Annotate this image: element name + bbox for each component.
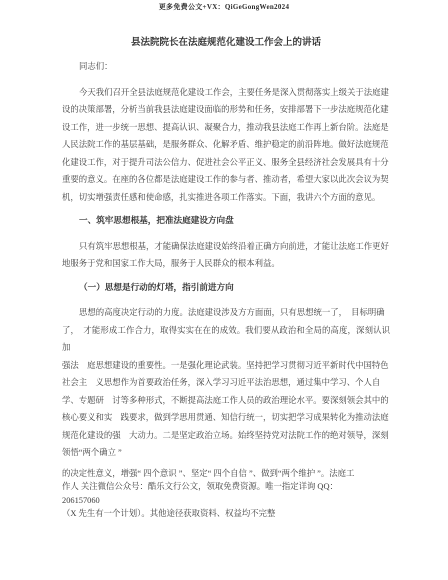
body-line: 学、专题研 讨等多种形式，不断提高法庭工作人员的政治理论水平。要深刻领会其中的: [62, 392, 390, 410]
body-line: 只有筑牢思想根基，才能确保法庭建设始终沿着正确方向前进，才能让法庭工作更好: [62, 238, 390, 256]
body-line: 领悟“两个确立 ”: [62, 444, 390, 462]
body-line: 机，切实增强责任感和使命感，扎实推进各项工作落实。下面，我讲六个方面的意见。: [62, 189, 390, 207]
body-line: 重要的意义。在座的各位都是法庭建设工作的参与者、推动者，希望大家以此次会议为契: [62, 171, 390, 189]
body-line: 地服务于党和国家工作大局，服务于人民群众的根本利益。: [62, 255, 390, 273]
watermark-header: 更多免费公文+VX：QiGeGongWen2024: [0, 2, 448, 12]
paragraph-1: 今天我们召开全县法庭规范化建设工作会，主要任务是深入贯彻落实上级关于法庭建 设的…: [62, 84, 390, 207]
body-line: 社会主 义思想作为首要政治任务，深入学习习近平法治思想，通过集中学习、个人自: [62, 374, 390, 392]
body-line: 化建设工作，对于提升司法公信力、促进社会公平正义、服务全县经济社会发展具有十分: [62, 154, 390, 172]
body-line: 思想的高度决定行动的力度。法庭建设涉及方方面面，只有思想统一了， 目标明确: [62, 304, 390, 322]
section-heading-1: 一、筑牢思想根基，把准法庭建设方向盘: [62, 212, 390, 230]
body-line: 今天我们召开全县法庭规范化建设工作会，主要任务是深入贯彻落实上级关于法庭建: [62, 84, 390, 102]
document-page: 更多免费公文+VX：QiGeGongWen2024 县法院院长在法庭规范化建设工…: [0, 0, 448, 580]
body-line: 强法 庭思想建设的重要性。一是强化理论武装。坚持把学习贯彻习近平新时代中国特色: [62, 357, 390, 375]
salutation: 同志们：: [62, 58, 390, 76]
paragraph-2: 只有筑牢思想根基，才能确保法庭建设始终沿着正确方向前进，才能让法庭工作更好 地服…: [62, 238, 390, 273]
ad-note-line: （X 先生有一个计划）。其他途径获取资料、权益均不完整: [62, 507, 390, 521]
body-line: 人民法院工作的基层基础，是服务群众、化解矛盾、维护稳定的前沿阵地。做好法庭规范: [62, 136, 390, 154]
paragraph-3: 思想的高度决定行动的力度。法庭建设涉及方方面面，只有思想统一了， 目标明确 了，…: [62, 304, 390, 462]
body-line: 核心要义和实 践要求，做到学思用贯通、知信行统一，切实把学习成果转化为推动法庭: [62, 409, 390, 427]
section-heading-2: （一）思想是行动的灯塔，指引前进方向: [62, 279, 390, 297]
body-line: 设工作，进一步统一思想、提高认识、凝聚合力，推动我县法庭工作再上新台阶。法庭是: [62, 119, 390, 137]
body-line: 的决定性意义，增强“ 四个意识 ”、坚定“ 四个自信 ”、做到“两个维护 ”。法…: [62, 467, 390, 481]
inserted-ad-block: 的决定性意义，增强“ 四个意识 ”、坚定“ 四个自信 ”、做到“两个维护 ”。法…: [62, 467, 390, 521]
ad-qq-number: 206157060: [62, 494, 390, 508]
body-line: 设的决策部署，分析当前我县法庭建设面临的形势和任务，安排部署下一步法庭规范化建: [62, 101, 390, 119]
ad-wechat-line: 作人 关注微信公众号：酷乐文行公文，领取免费资源。唯一指定详询 QQ：: [62, 480, 390, 494]
body-line: 规范化建设的强 大动力。二是坚定政治立场。始终坚持党对法院工作的绝对领导，深刻: [62, 427, 390, 445]
body-line: 了， 才能形成工作合力，取得实实在在的成效。我们要从政治和全局的高度，深刻认识加: [62, 322, 390, 357]
